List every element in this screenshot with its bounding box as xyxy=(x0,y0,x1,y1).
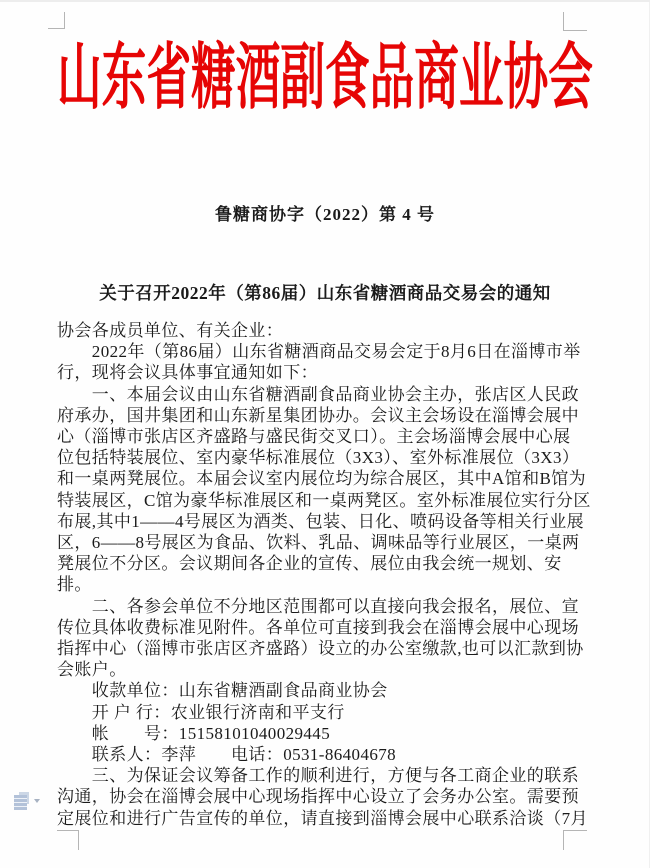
notice-title: 关于召开2022年（第86届）山东省糖酒商品交易会的通知 xyxy=(0,280,650,305)
paste-options-document-icon-front xyxy=(14,795,27,810)
org-title: 山东省糖酒副食品商业协会 xyxy=(57,42,593,114)
body-line: 一、本届会议由山东省糖酒副食品商业协会主办，张店区人民政 xyxy=(57,384,617,405)
margin-corner-top-right xyxy=(563,12,587,31)
margin-corner-top-left xyxy=(48,12,65,29)
body-line: 府承办，国井集团和山东新星集团协办。会议主会场设在淄博会展中 xyxy=(57,405,617,426)
body-line: 凳展位不分区。会议期间各企业的宣传、展位由我会统一规划、安 xyxy=(57,553,617,574)
margin-corner-bottom-right xyxy=(563,830,587,850)
body-lines: 2022年（第86届）山东省糖酒商品交易会定于8月6日在淄博市举行，现将会议具体… xyxy=(57,341,617,829)
body-line: 沟通，协会在淄博会展中心现场指挥中心设立了会务办公室。需要预 xyxy=(57,786,617,807)
body-line: 联系人：李萍 电话：0531-86404678 xyxy=(57,744,617,765)
org-title-banner: 山东省糖酒副食品商业协会 xyxy=(0,30,650,125)
body-line: 布展,其中1——4号展区为酒类、包装、日化、喷码设备等相关行业展 xyxy=(57,511,617,532)
body-line: 指挥中心（淄博市张店区齐盛路）设立的办公室缴款,也可以汇款到协 xyxy=(57,638,617,659)
body-line: 帐 号：15158101040029445 xyxy=(57,723,617,744)
body-line: 位包括特装展位、室内豪华标准展位（3X3）、室外标准展位（3X3） xyxy=(57,447,617,468)
salutation-line: 协会各成员单位、有关企业： xyxy=(57,320,617,341)
document-page: 山东省糖酒副食品商业协会 鲁糖商协字（2022）第 4 号 关于召开2022年（… xyxy=(0,0,650,868)
page-top-edge xyxy=(0,0,650,2)
body-line: 定展位和进行广告宣传的单位，请直接到淄博会展中心联系洽谈（7月 xyxy=(57,808,617,829)
body-line: 三、为保证会议筹备工作的顺利进行，方便与各工商企业的联系 xyxy=(57,765,617,786)
doc-number: 鲁糖商协字（2022）第 4 号 xyxy=(0,200,650,225)
body-line: 开 户 行：农业银行济南和平支行 xyxy=(57,702,617,723)
body-line: 会账户。 xyxy=(57,659,617,680)
paste-options-button[interactable] xyxy=(12,790,42,814)
body-line: 和一桌两凳展位。本届会议室内展位均为综合展区，其中A馆和B馆为 xyxy=(57,468,617,489)
body-line: 心（淄博市张店区齐盛路与盛民街交叉口）。主会场淄博会展中心展 xyxy=(57,426,617,447)
document-body: 协会各成员单位、有关企业： 2022年（第86届）山东省糖酒商品交易会定于8月6… xyxy=(57,320,617,829)
margin-corner-bottom-left xyxy=(57,830,79,850)
body-line: 区，6——8号展区为食品、饮料、乳品、调味品等行业展区，一桌两 xyxy=(57,532,617,553)
body-line: 收款单位：山东省糖酒副食品商业协会 xyxy=(57,680,617,701)
body-line: 行，现将会议具体事宜通知如下： xyxy=(57,362,617,383)
body-line: 特装展区，C馆为豪华标准展区和一桌两凳区。室外标准展位实行分区 xyxy=(57,490,617,511)
body-line: 传位具体收费标准见附件。各单位可直接到我会在淄博会展中心现场 xyxy=(57,617,617,638)
body-line: 二、各参会单位不分地区范围都可以直接向我会报名，展位、宣 xyxy=(57,596,617,617)
chevron-down-icon[interactable] xyxy=(34,799,40,803)
body-line: 2022年（第86届）山东省糖酒商品交易会定于8月6日在淄博市举 xyxy=(57,341,617,362)
body-line: 排。 xyxy=(57,574,617,595)
